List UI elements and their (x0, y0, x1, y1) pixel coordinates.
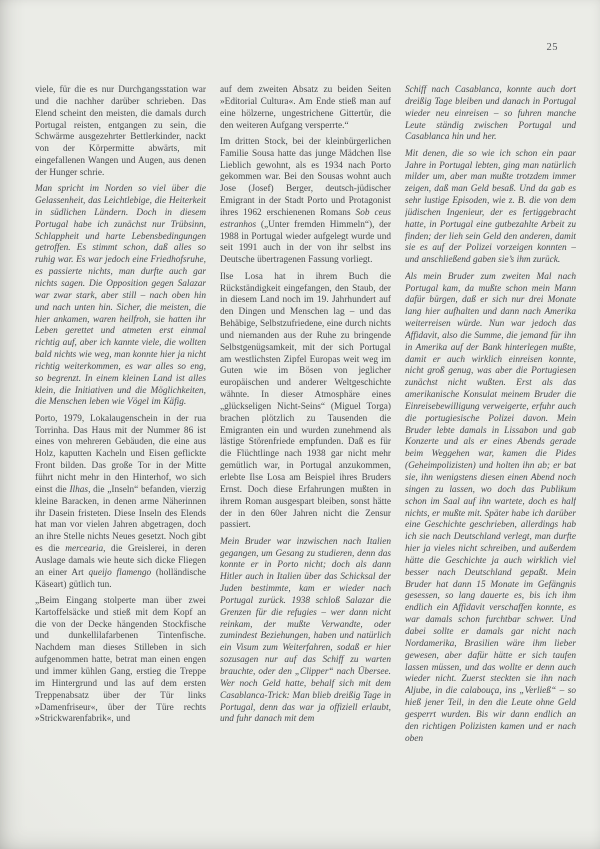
paragraph: auf dem zweiten Absatz zu beiden Seiten … (220, 85, 391, 132)
paragraph: Als mein Bruder zum zweiten Mal nach Por… (405, 272, 576, 746)
text-columns: viele, für die es nur Durchgangsstation … (35, 85, 576, 809)
paragraph: Mit denen, die so wie ich schon ein paar… (405, 149, 576, 267)
scanned-book-page: 25 viele, für die es nur Durchgangsstati… (0, 0, 600, 849)
paragraph: Man spricht im Norden so viel über die G… (35, 184, 206, 409)
text-column-2: auf dem zweiten Absatz zu beiden Seiten … (220, 85, 391, 809)
paragraph: Ilse Losa hat in ihrem Buch die Rückstän… (220, 272, 391, 533)
page-number: 25 (547, 42, 559, 53)
text-column-1: viele, für die es nur Durchgangsstation … (35, 85, 206, 809)
paragraph: Im dritten Stock, bei der kleinbürgerlic… (220, 137, 391, 267)
paragraph: Mein Bruder war inzwischen nach Italien … (220, 537, 391, 727)
paragraph: „Beim Eingang stolperte man über zwei Ka… (35, 596, 206, 726)
text-column-3: Schiff nach Casablanca, konnte auch dort… (405, 85, 576, 809)
paragraph: viele, für die es nur Durchgangsstation … (35, 85, 206, 180)
paragraph: Porto, 1979, Lokalaugenschein in der rua… (35, 414, 206, 592)
paragraph: Schiff nach Casablanca, konnte auch dort… (405, 85, 576, 144)
